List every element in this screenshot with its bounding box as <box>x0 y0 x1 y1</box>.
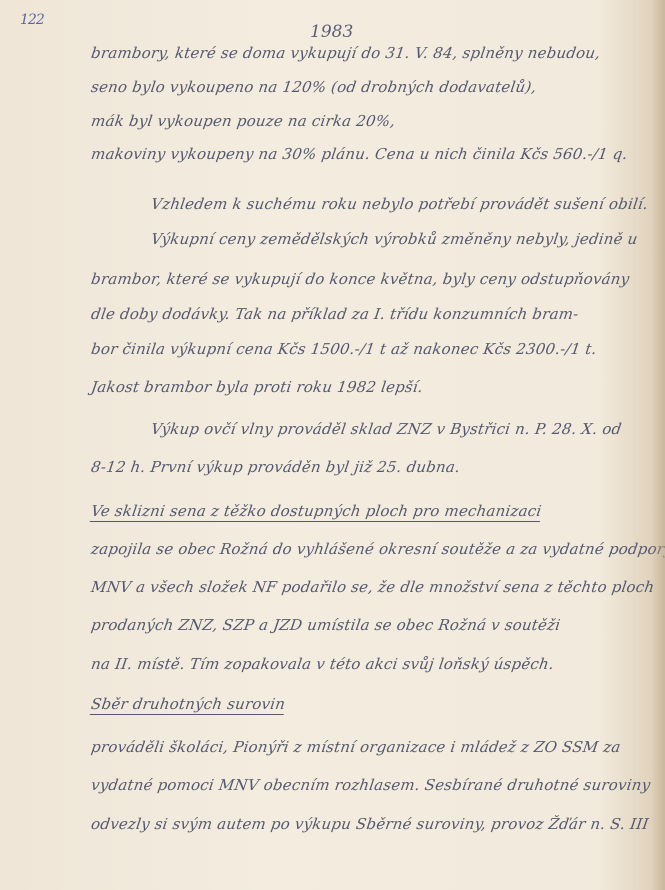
text-line: 8-12 h. První výkup prováděn byl již 25.… <box>90 458 461 476</box>
text-line: MNV a všech složek NF podařilo se, že dl… <box>90 578 656 596</box>
text-line: Jakost brambor byla proti roku 1982 lepš… <box>90 378 424 396</box>
chronicle-page: 122 1983 brambory, které se doma vykupuj… <box>0 0 665 890</box>
text-line: makoviny vykoupeny na 30% plánu. Cena u … <box>90 145 629 163</box>
text-line: Vzhledem k suchému roku nebylo potřebí p… <box>150 195 649 213</box>
text-line: zapojila se obec Rožná do vyhlášené okre… <box>90 540 665 558</box>
page-edge-shadow <box>651 0 665 890</box>
text-line: Výkupní ceny zemědělských výrobků změněn… <box>150 230 639 248</box>
section-heading: Ve sklizni sena z těžko dostupných ploch… <box>90 502 543 520</box>
text-line: vydatné pomoci MNV obecním rozhlasem. Se… <box>90 776 652 794</box>
text-line: odvezly si svým autem po výkupu Sběrné s… <box>90 815 650 833</box>
text-line: prodaných ZNZ, SZP a JZD umístila se obe… <box>90 616 562 634</box>
text-line: prováděli školáci, Pionýři z místní orga… <box>90 738 622 756</box>
text-line: brambor, které se vykupují do konce květ… <box>90 270 631 288</box>
text-line: brambory, které se doma vykupují do 31. … <box>90 44 602 62</box>
text-line: na II. místě. Tím zopakovala v této akci… <box>90 655 555 673</box>
text-line: bor činila výkupní cena Kčs 1500.-/1 t a… <box>90 340 598 358</box>
year-heading: 1983 <box>310 22 353 42</box>
page-number: 122 <box>20 12 44 28</box>
text-line: seno bylo vykoupeno na 120% (od drobných… <box>90 78 538 96</box>
text-line: mák byl vykoupen pouze na cirka 20%, <box>90 112 397 130</box>
text-line: dle doby dodávky. Tak na příklad za I. t… <box>90 305 580 323</box>
text-line: Výkup ovčí vlny prováděl sklad ZNZ v Bys… <box>150 420 623 438</box>
section-heading: Sběr druhotných surovin <box>90 695 286 713</box>
